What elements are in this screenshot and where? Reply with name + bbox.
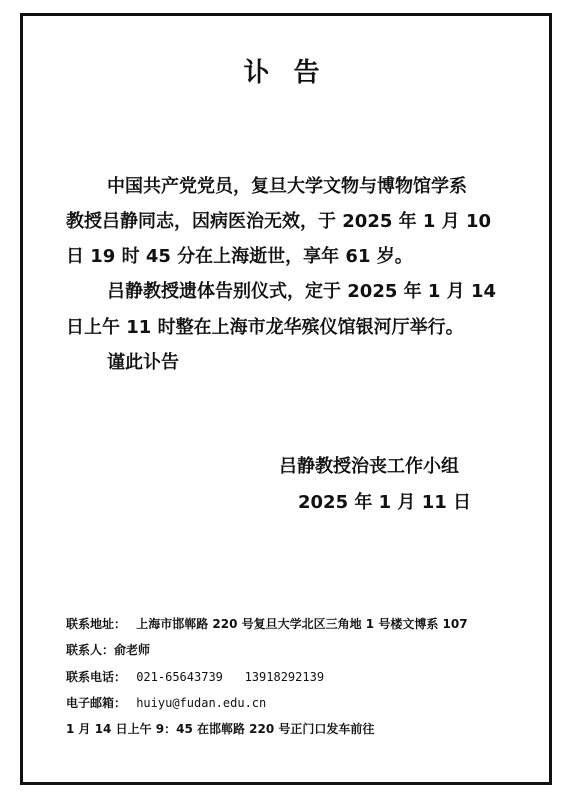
phone-label: 联系电话：: [66, 670, 126, 684]
footer-transport-note: 1 月 14 日上午 9：45 在邯郸路 220 号正门口发车前往: [66, 721, 374, 737]
closing-text: 谨此讣告: [107, 352, 179, 374]
contact-label: 联系人：: [66, 643, 114, 657]
footer-contact: 联系人：俞老师: [66, 642, 150, 658]
phone-value: 021-65643739 13918292139: [136, 670, 324, 684]
signature-organization: 吕静教授治丧工作小组: [279, 456, 459, 478]
footer-phone: 联系电话： 021-65643739 13918292139: [66, 669, 324, 685]
footer-address: 联系地址： 上海市邯郸路 220 号复旦大学北区三角地 1 号楼文博系 107: [66, 616, 468, 632]
paragraph2-line2: 日上午 11 时整在上海市龙华殡仪馆银河厅举行。: [66, 317, 464, 339]
signature-date: 2025 年 1 月 11 日: [298, 492, 471, 514]
address-label: 联系地址：: [66, 617, 126, 631]
contact-value: 俞老师: [114, 643, 150, 657]
paragraph1-line3: 日 19 时 45 分在上海逝世，享年 61 岁。: [66, 246, 413, 268]
paragraph1-line2: 教授吕静同志，因病医治无效，于 2025 年 1 月 10: [66, 211, 491, 233]
email-value: huiyu@fudan.edu.cn: [136, 696, 266, 710]
paragraph2-line1: 吕静教授遗体告别仪式，定于 2025 年 1 月 14: [107, 281, 496, 303]
document-title: 讣告: [0, 52, 563, 89]
email-label: 电子邮箱：: [66, 696, 126, 710]
address-value: 上海市邯郸路 220 号复旦大学北区三角地 1 号楼文博系 107: [136, 617, 467, 631]
footer-email: 电子邮箱： huiyu@fudan.edu.cn: [66, 695, 266, 711]
paragraph1-line1: 中国共产党党员，复旦大学文物与博物馆学系: [107, 176, 467, 198]
